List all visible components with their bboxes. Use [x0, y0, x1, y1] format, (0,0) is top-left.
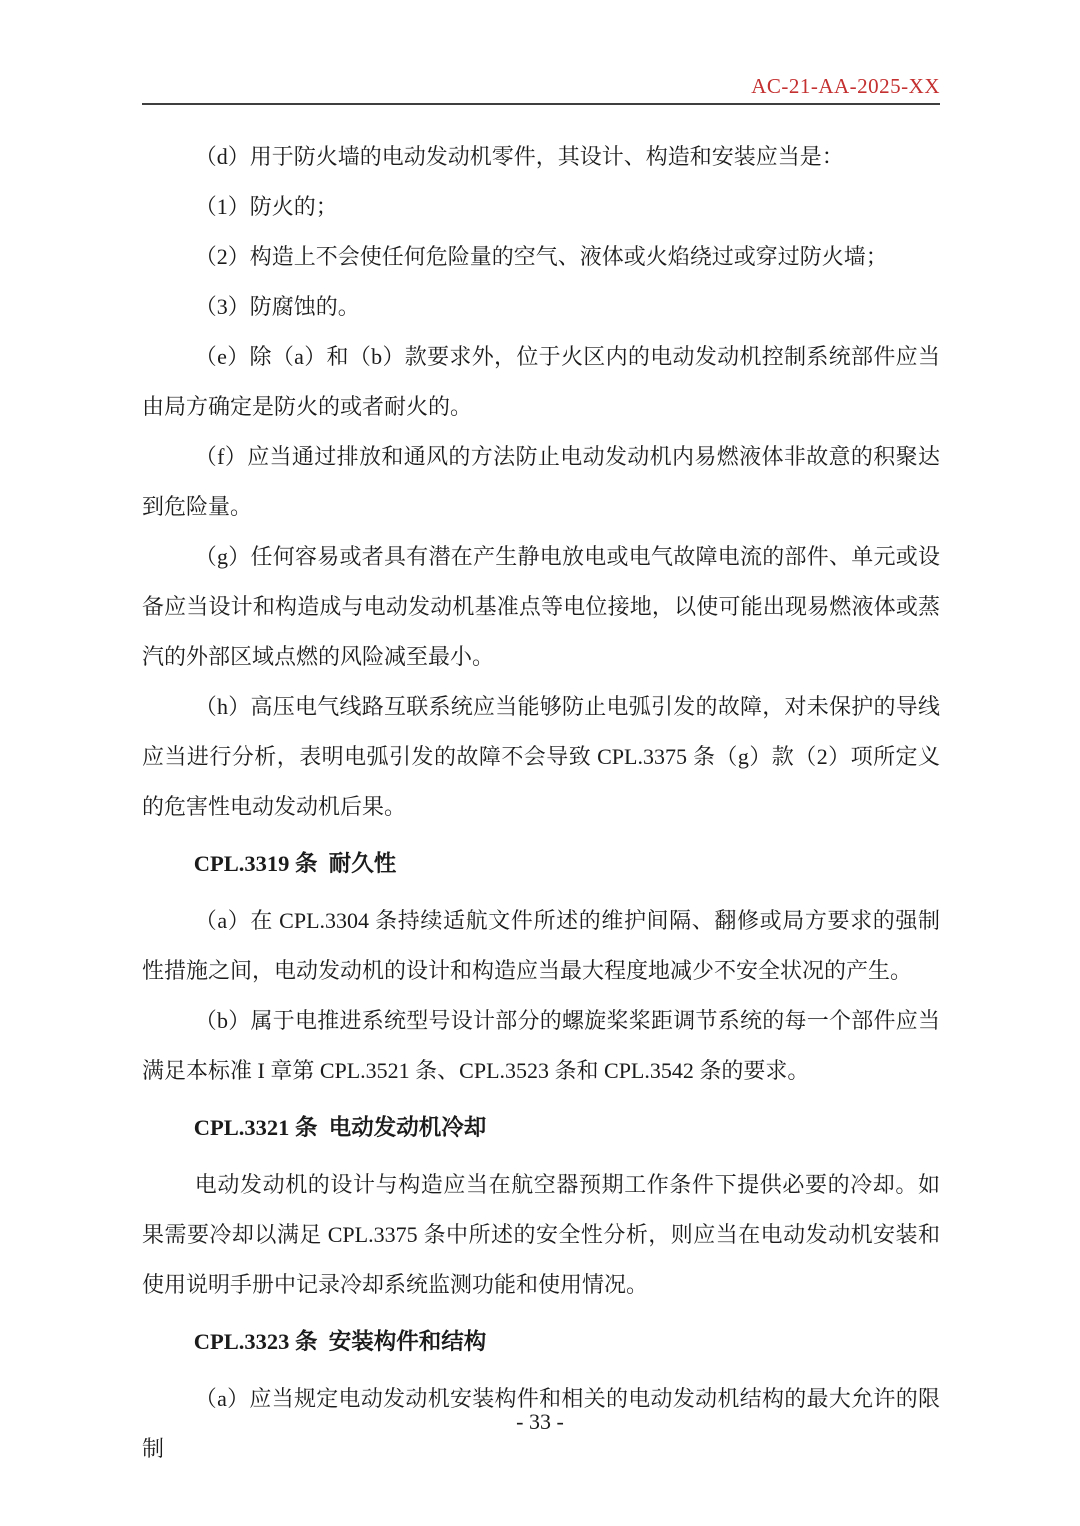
body-paragraph: （h）高压电气线路互联系统应当能够防止电弧引发的故障，对未保护的导线应当进行分析… [142, 682, 940, 832]
section-heading: CPL.3323 条 安装构件和结构 [142, 1317, 940, 1367]
body-paragraph: （d）用于防火墙的电动发动机零件，其设计、构造和安装应当是： [142, 132, 940, 182]
header-rule [142, 103, 940, 105]
body-paragraph: 电动发动机的设计与构造应当在航空器预期工作条件下提供必要的冷却。如果需要冷却以满… [142, 1160, 940, 1310]
section-heading: CPL.3321 条 电动发动机冷却 [142, 1103, 940, 1153]
document-body: （d）用于防火墙的电动发动机零件，其设计、构造和安装应当是：（1）防火的；（2）… [142, 132, 940, 1474]
page-number: - 33 - [0, 1404, 1080, 1440]
doc-number: AC-21-AA-2025-XX [142, 74, 940, 99]
body-paragraph: （a）在 CPL.3304 条持续适航文件所述的维护间隔、翻修或局方要求的强制性… [142, 896, 940, 996]
section-heading: CPL.3319 条 耐久性 [142, 839, 940, 889]
document-page: AC-21-AA-2025-XX （d）用于防火墙的电动发动机零件，其设计、构造… [0, 0, 1080, 1526]
body-paragraph: （3）防腐蚀的。 [142, 282, 940, 332]
body-paragraph: （b）属于电推进系统型号设计部分的螺旋桨桨距调节系统的每一个部件应当满足本标准 … [142, 996, 940, 1096]
body-paragraph: （f）应当通过排放和通风的方法防止电动发动机内易燃液体非故意的积聚达到危险量。 [142, 432, 940, 532]
body-paragraph: （1）防火的； [142, 182, 940, 232]
body-paragraph: （g）任何容易或者具有潜在产生静电放电或电气故障电流的部件、单元或设备应当设计和… [142, 532, 940, 682]
body-paragraph: （2）构造上不会使任何危险量的空气、液体或火焰绕过或穿过防火墙； [142, 232, 940, 282]
body-paragraph: （e）除（a）和（b）款要求外，位于火区内的电动发动机控制系统部件应当由局方确定… [142, 332, 940, 432]
